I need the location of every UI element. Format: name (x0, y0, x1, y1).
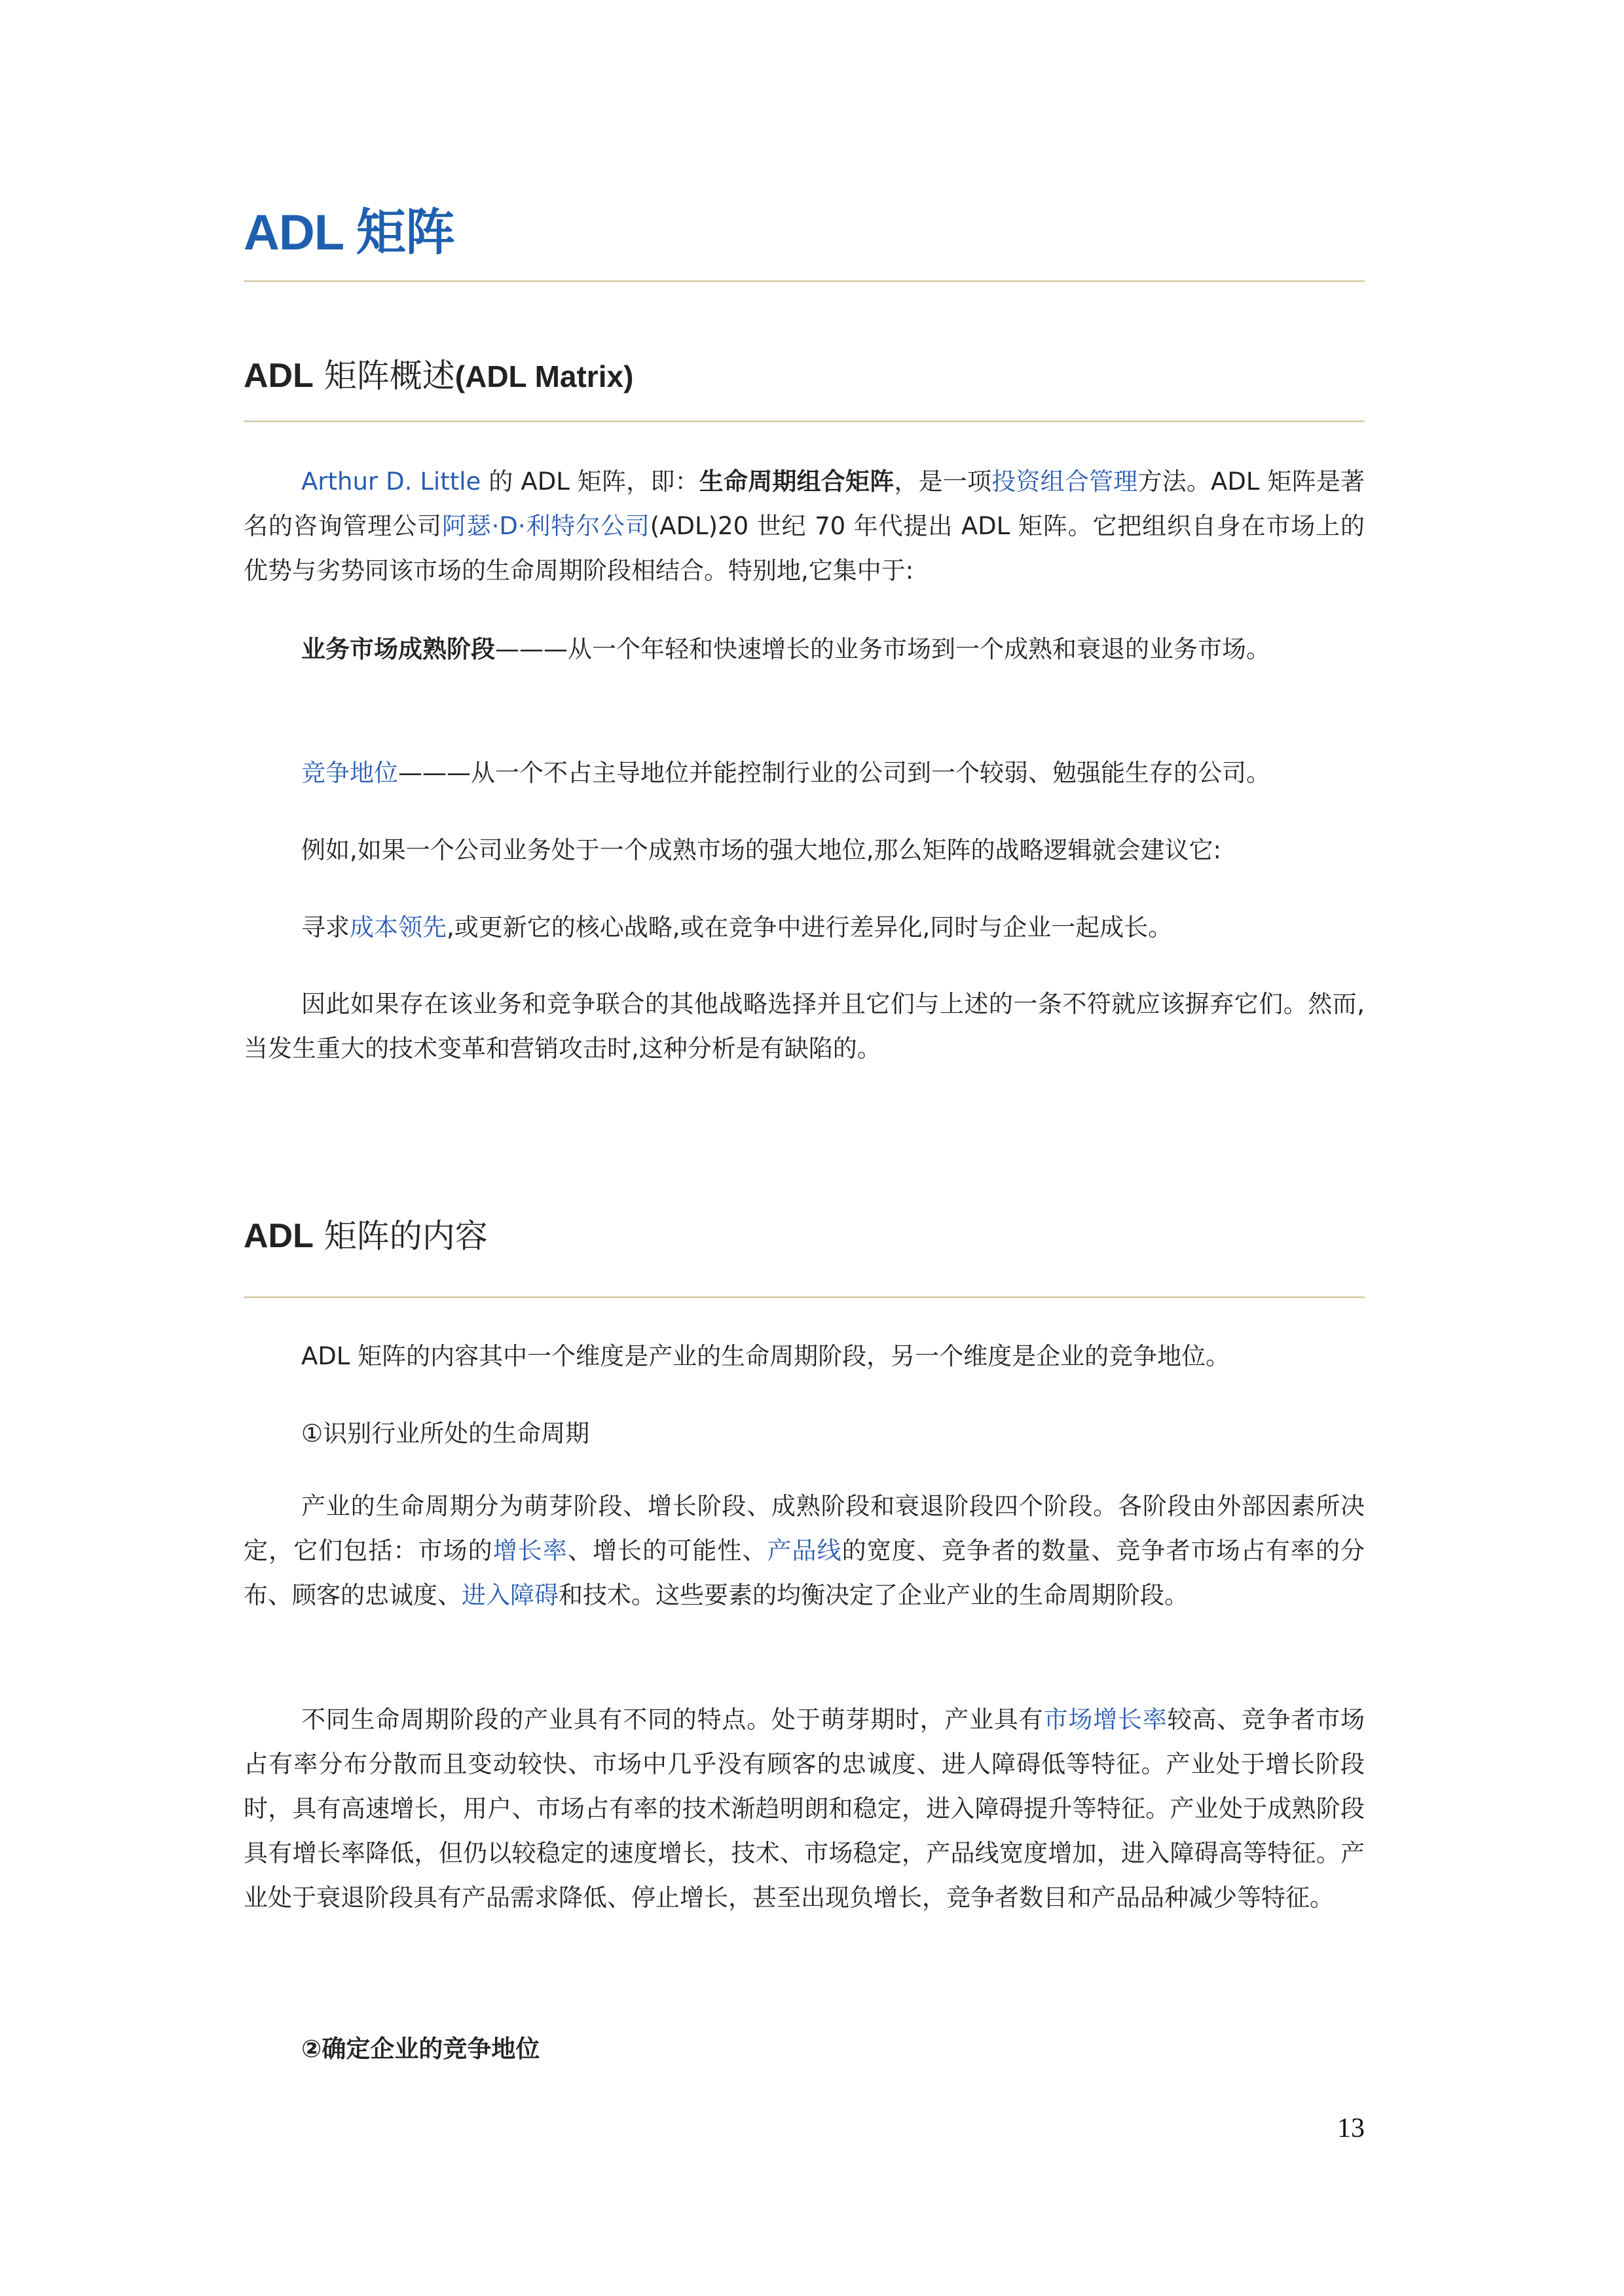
page-title: ADL 矩阵 (244, 208, 454, 258)
link-entry-barriers[interactable]: 进入障碍 (462, 1581, 559, 1609)
subheading-competitive-position: ②确定企业的竞争地位 (244, 2027, 1422, 2071)
paragraph-competitive-position: 竞争地位———从一个不占主导地位并能控制行业的公司到一个较弱、勉强能生存的公司。 (244, 751, 1365, 795)
heading-cjk: 矩阵概述 (314, 357, 455, 395)
heading-prefix: ADL (244, 357, 314, 395)
link-cost-leadership[interactable]: 成本领先 (350, 913, 447, 941)
paragraph-stage-characteristics: 不同生命周期阶段的产业具有不同的特点。处于萌芽期时，产业具有市场增长率较高、竞争… (244, 1698, 1365, 1920)
subheading-lifecycle: ①识别行业所处的生命周期 (244, 1412, 1422, 1456)
text: 不同生命周期阶段的产业具有不同的特点。处于萌芽期时，产业具有 (301, 1705, 1044, 1734)
section-divider (244, 420, 1365, 422)
title-divider (244, 280, 1365, 282)
text: 寻求 (301, 913, 350, 941)
bold-term: 生命周期组合矩阵 (699, 467, 895, 496)
link-growth-rate[interactable]: 增长率 (493, 1537, 568, 1565)
paragraph-example: 例如,如果一个公司业务处于一个成熟市场的强大地位,那么矩阵的战略逻辑就会建议它: (244, 828, 1365, 873)
text: ,或更新它的核心战略,或在竞争中进行差异化,同时与企业一起成长。 (447, 913, 1172, 941)
text: 较高、竞争者市场占有率分布分散而且变动较快、市场中几乎没有顾客的忠诚度、进人障碍… (244, 1705, 1365, 1912)
paragraph-dimensions: ADL 矩阵的内容其中一个维度是产业的生命周期阶段，另一个维度是企业的竞争地位。 (244, 1334, 1422, 1379)
link-portfolio-management[interactable]: 投资组合管理 (991, 467, 1137, 496)
link-adl-company[interactable]: 阿瑟·D·利特尔公司 (442, 512, 650, 540)
paragraph-limitation: 因此如果存在该业务和竞争联合的其他战略选择并且它们与上述的一条不符就应该摒弃它们… (244, 982, 1365, 1071)
paragraph-market-maturity: 业务市场成熟阶段———从一个年轻和快速增长的业务市场到一个成熟和衰退的业务市场。 (244, 627, 1365, 672)
text: 和技术。这些要素的均衡决定了企业产业的生命周期阶段。 (559, 1581, 1189, 1609)
paragraph-lifecycle-stages: 产业的生命周期分为萌芽阶段、增长阶段、成熟阶段和衰退阶段四个阶段。各阶段由外部因… (244, 1484, 1365, 1618)
link-market-growth-rate[interactable]: 市场增长率 (1044, 1705, 1168, 1734)
page-number: 13 (1337, 2113, 1365, 2144)
text: ，是一项 (894, 467, 991, 496)
link-product-line[interactable]: 产品线 (767, 1537, 841, 1565)
section-heading-overview: ADL 矩阵概述(ADL Matrix) (244, 359, 633, 393)
bold-term: 业务市场成熟阶段 (301, 635, 495, 663)
heading-prefix: ADL (244, 1217, 314, 1255)
section-divider (244, 1296, 1365, 1298)
section-heading-content: ADL 矩阵的内容 (244, 1219, 488, 1253)
heading-suffix: (ADL Matrix) (455, 359, 634, 393)
heading-cjk: 矩阵的内容 (314, 1217, 488, 1255)
text: 、增长的可能性、 (568, 1537, 767, 1565)
paragraph-intro: Arthur D. Little 的 ADL 矩阵，即：生命周期组合矩阵，是一项… (244, 460, 1365, 593)
paragraph-strategy: 寻求成本领先,或更新它的核心战略,或在竞争中进行差异化,同时与企业一起成长。 (244, 905, 1365, 950)
text: 从一个不占主导地位并能控制行业的公司到一个较弱、勉强能生存的公司。 (471, 759, 1270, 787)
text: 的 ADL 矩阵，即： (481, 467, 699, 496)
dash: ——— (495, 635, 568, 663)
text: 从一个年轻和快速增长的业务市场到一个成熟和衰退的业务市场。 (568, 635, 1270, 663)
dash: ——— (398, 759, 471, 787)
link-arthur-d-little[interactable]: Arthur D. Little (301, 467, 481, 496)
link-competitive-position[interactable]: 竞争地位 (301, 759, 398, 787)
